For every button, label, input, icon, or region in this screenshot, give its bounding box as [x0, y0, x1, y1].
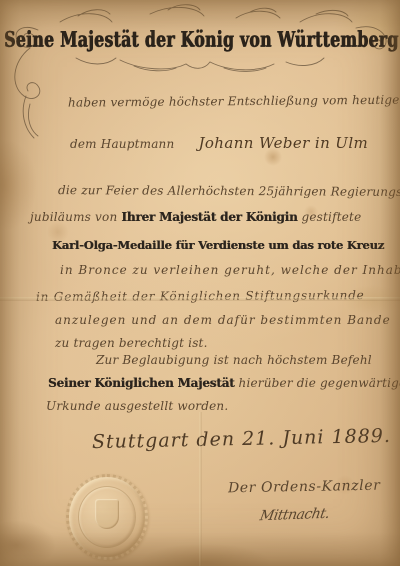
grant-line-7: zu tragen berechtigt ist.	[55, 336, 208, 350]
attestation-line-2: Seiner Königlichen Majestät hierüber die…	[48, 376, 400, 390]
opening-line-1: haben vermöge höchster Entschließung vom…	[68, 92, 400, 109]
recipient-rank: dem Hauptmann	[70, 137, 174, 151]
attestation-line-2-script: hierüber die gegenwärtige	[235, 376, 400, 390]
signer-role: Der Ordens-Kanzler	[228, 478, 381, 497]
opening-line-2: dem Hauptmann Johann Weber in Ulm	[70, 134, 368, 152]
attestation-line-3: Urkunde ausgestellt worden.	[46, 399, 228, 413]
flourish-ornament-header	[0, 0, 400, 145]
dateline: Stuttgart den 21. Juni 1889.	[92, 425, 391, 453]
grant-line-2-script-a: jubiläums von	[30, 210, 121, 224]
page-title: Seine Majestät der König von Württemberg	[4, 26, 396, 52]
embossed-seal	[66, 474, 148, 560]
recipient-name: Johann Weber in Ulm	[198, 134, 368, 152]
embossed-seal-coat-of-arms	[95, 499, 119, 529]
grant-line-2: jubiläums von Ihrer Majestät der Königin…	[30, 210, 361, 224]
grant-line-2-script-b: gestiftete	[297, 210, 361, 224]
grant-line-5: in Gemäßheit der Königlichen Stiftungsur…	[36, 288, 365, 304]
grant-line-4: in Bronce zu verleihen geruht, welche de…	[60, 263, 400, 277]
certificate-document: Seine Majestät der König von Württemberg…	[0, 0, 400, 566]
medal-name-fraktur: Karl-Olga-Medaille für Verdienste um das…	[52, 238, 384, 252]
king-majesty-fraktur: Seiner Königlichen Majestät	[48, 376, 235, 390]
signature: Mittnacht.	[259, 506, 331, 525]
grant-line-6: anzulegen und an dem dafür bestimmten Ba…	[55, 313, 391, 327]
queen-majesty-fraktur: Ihrer Majestät der Königin	[121, 210, 297, 224]
attestation-line-1: Zur Beglaubigung ist nach höchstem Befeh…	[96, 353, 372, 367]
grant-line-1: die zur Feier des Allerhöchsten 25jährig…	[58, 183, 400, 199]
